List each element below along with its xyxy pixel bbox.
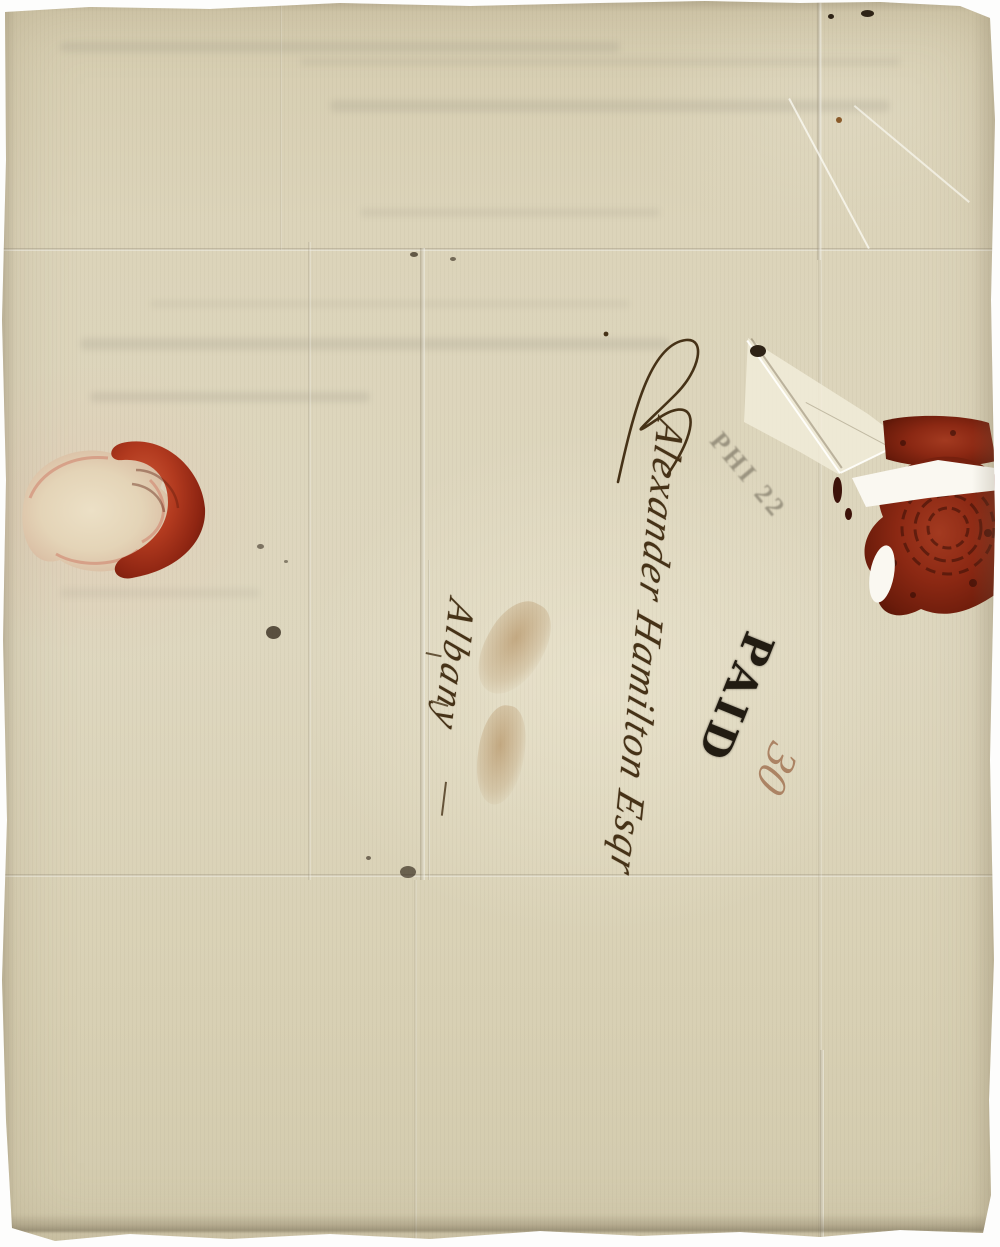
show-through-text [90,392,370,402]
show-through-text [360,208,660,217]
ink-blot [750,345,766,357]
ink-speck [450,257,456,261]
postmark-stamp: PHI 22 [705,428,791,523]
wax-trace [845,508,852,520]
fold-crease-horizontal-top [0,248,1000,251]
show-through-text [60,42,620,52]
show-through-text [330,100,890,112]
letter-paper: PHI 22 Alexander Hamilton Esqr Albany PA… [0,0,1000,1247]
ink-speck [366,856,371,860]
fold-crease-vertical-right-bottom [820,1050,824,1240]
tear-edge-highlight [746,340,841,474]
ink-speck [828,14,834,19]
diagonal-crease-highlight [854,105,970,203]
paper-edge-bottom [8,1214,986,1232]
ink-cluster [400,866,416,878]
fold-crease-horizontal-bottom [0,874,1000,877]
ink-smudge [266,626,281,639]
ink-speck [257,544,264,549]
tear-edge-shadow [750,338,842,469]
ink-speck [861,10,874,17]
show-through-text [150,300,630,308]
show-through-text [300,58,900,66]
wax-seal-left [10,418,215,593]
fold-crease-vertical-right-top [817,0,821,260]
ink-speck [284,560,288,563]
fold-crease-vertical-center-bottom [414,880,417,1240]
ink-stain [471,702,530,807]
wax-trace [833,477,842,503]
fold-crease-vertical-right [818,0,822,1247]
ink-speck [410,252,418,257]
show-through-text [80,338,670,350]
diagonal-crease-highlight [788,98,870,249]
destination-handwriting: Albany [427,594,480,739]
rate-marking: 30 [748,735,805,802]
albany-flourish-line [441,782,447,816]
photo-background: PHI 22 Alexander Hamilton Esqr Albany PA… [0,0,1000,1247]
paper-edge-top [0,0,1000,12]
fold-crease-vertical-top-faint [280,0,282,250]
paper-edge-left [0,0,16,1247]
ink-speck [836,117,842,123]
